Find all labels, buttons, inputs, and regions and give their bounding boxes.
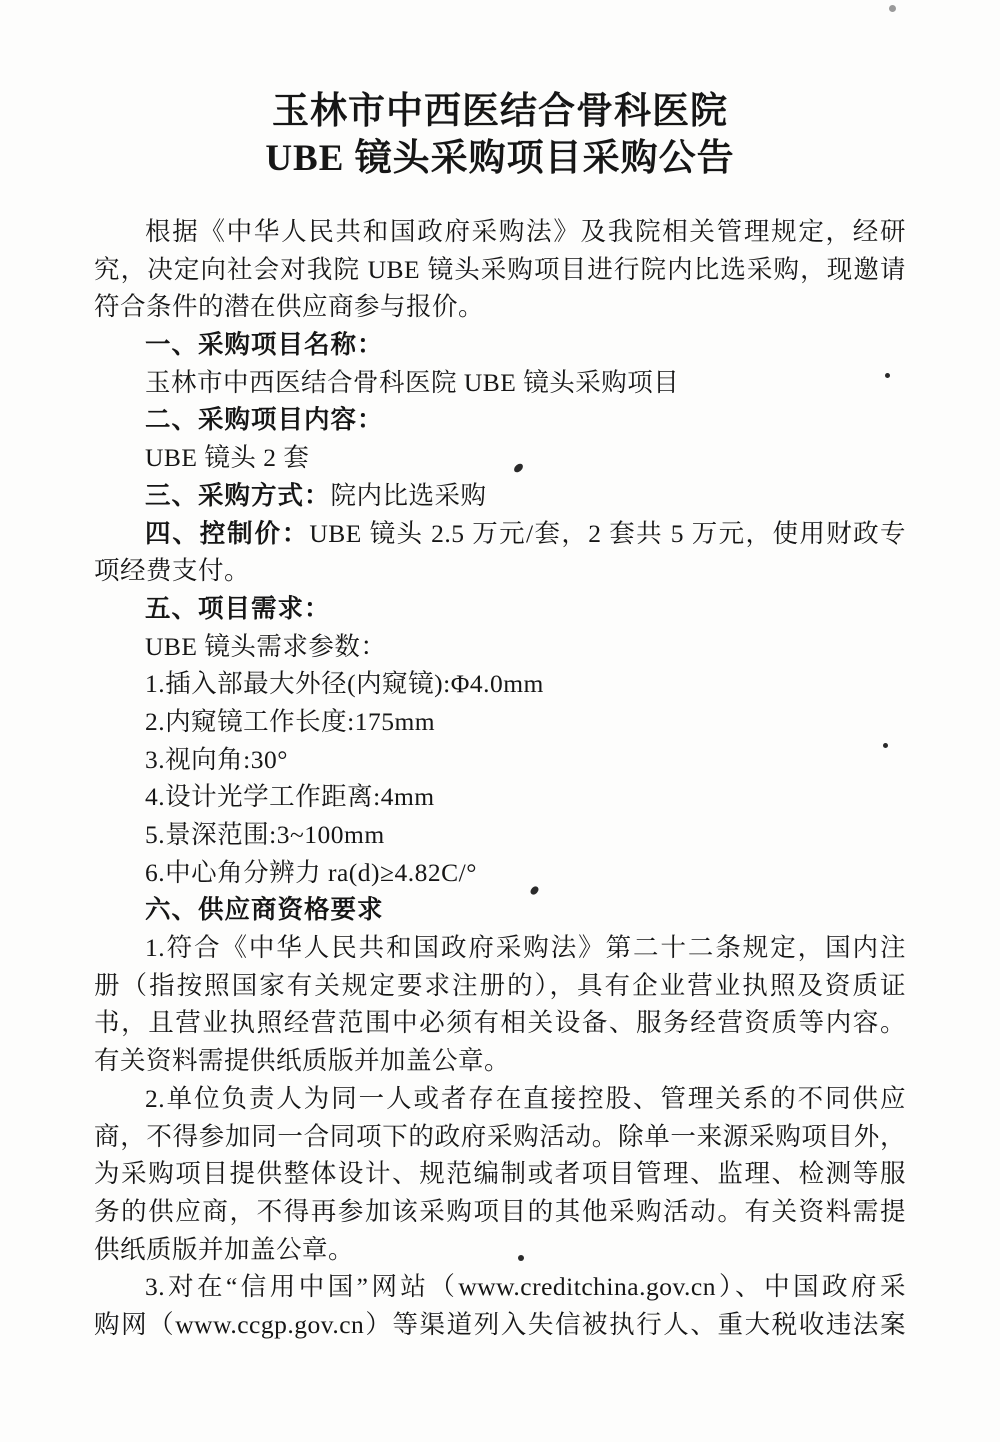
- intro-line-2: 究，决定向社会对我院 UBE 镜头采购项目进行院内比选采购，现邀请: [94, 251, 906, 289]
- section-3-procurement-method: 三、采购方式：院内比选采购: [94, 477, 906, 515]
- section-1-heading: 一、采购项目名称：: [94, 326, 906, 364]
- scan-speck: [518, 1255, 524, 1261]
- spec-item-2: 2.内窥镜工作长度:175mm: [94, 703, 906, 741]
- scan-speck: [883, 743, 888, 748]
- qualification-2-line-4: 务的供应商，不得再参加该采购项目的其他采购活动。有关资料需提: [94, 1193, 906, 1231]
- qualification-1-line-3: 书，且营业执照经营范围中必须有相关设备、服务经营资质等内容。: [94, 1004, 906, 1042]
- spec-item-3: 3.视向角:30°: [94, 741, 906, 779]
- scan-speck: [889, 5, 896, 12]
- section-2-heading: 二、采购项目内容：: [94, 401, 906, 439]
- section-6-heading: 六、供应商资格要求: [94, 891, 906, 929]
- spec-item-5: 5.景深范围:3~100mm: [94, 816, 906, 854]
- scanned-procurement-notice-page: 玉林市中西医结合骨科医院 UBE 镜头采购项目采购公告 根据《中华人民共和国政府…: [0, 0, 1000, 1442]
- scan-speck: [885, 373, 890, 378]
- qualification-1-line-1: 1.符合《中华人民共和国政府采购法》第二十二条规定，国内注: [94, 929, 906, 967]
- section-4-control-price-line-1: 四、控制价：UBE 镜头 2.5 万元/套，2 套共 5 万元，使用财政专: [94, 515, 906, 553]
- spec-item-1: 1.插入部最大外径(内窥镜):Φ4.0mm: [94, 665, 906, 703]
- document-title-line-2: UBE 镜头采购项目采购公告: [0, 135, 1000, 182]
- intro-line-3: 符合条件的潜在供应商参与报价。: [94, 288, 906, 326]
- qualification-2-line-5: 供纸质版并加盖公章。: [94, 1231, 906, 1269]
- qualification-2-line-3: 为采购项目提供整体设计、规范编制或者项目管理、监理、检测等服: [94, 1155, 906, 1193]
- document-body: 根据《中华人民共和国政府采购法》及我院相关管理规定，经研 究，决定向社会对我院 …: [94, 213, 906, 1344]
- document-title-line-1: 玉林市中西医结合骨科医院: [0, 88, 1000, 135]
- section-5-heading: 五、项目需求：: [94, 590, 906, 628]
- project-content: UBE 镜头 2 套: [94, 439, 906, 477]
- document-title: 玉林市中西医结合骨科医院 UBE 镜头采购项目采购公告: [0, 88, 1000, 182]
- qualification-2-line-1: 2.单位负责人为同一人或者存在直接控股、管理关系的不同供应: [94, 1080, 906, 1118]
- qualification-3-line-1: 3.对在“信用中国”网站（www.creditchina.gov.cn）、中国政…: [94, 1268, 906, 1306]
- qualification-3-line-2: 购网（www.ccgp.gov.cn）等渠道列入失信被执行人、重大税收违法案: [94, 1306, 906, 1344]
- requirements-intro: UBE 镜头需求参数：: [94, 628, 906, 666]
- section-4-control-price-line-2: 项经费支付。: [94, 552, 906, 590]
- qualification-1-line-4: 有关资料需提供纸质版并加盖公章。: [94, 1042, 906, 1080]
- spec-item-4: 4.设计光学工作距离:4mm: [94, 778, 906, 816]
- intro-line-1: 根据《中华人民共和国政府采购法》及我院相关管理规定，经研: [94, 213, 906, 251]
- spec-item-6: 6.中心角分辨力 ra(d)≥4.82C/°: [94, 854, 906, 892]
- qualification-1-line-2: 册（指按照国家有关规定要求注册的），具有企业营业执照及资质证: [94, 967, 906, 1005]
- qualification-2-line-2: 商，不得参加同一合同项下的政府采购活动。除单一来源采购项目外，: [94, 1118, 906, 1156]
- project-name: 玉林市中西医结合骨科医院 UBE 镜头采购项目: [94, 364, 906, 402]
